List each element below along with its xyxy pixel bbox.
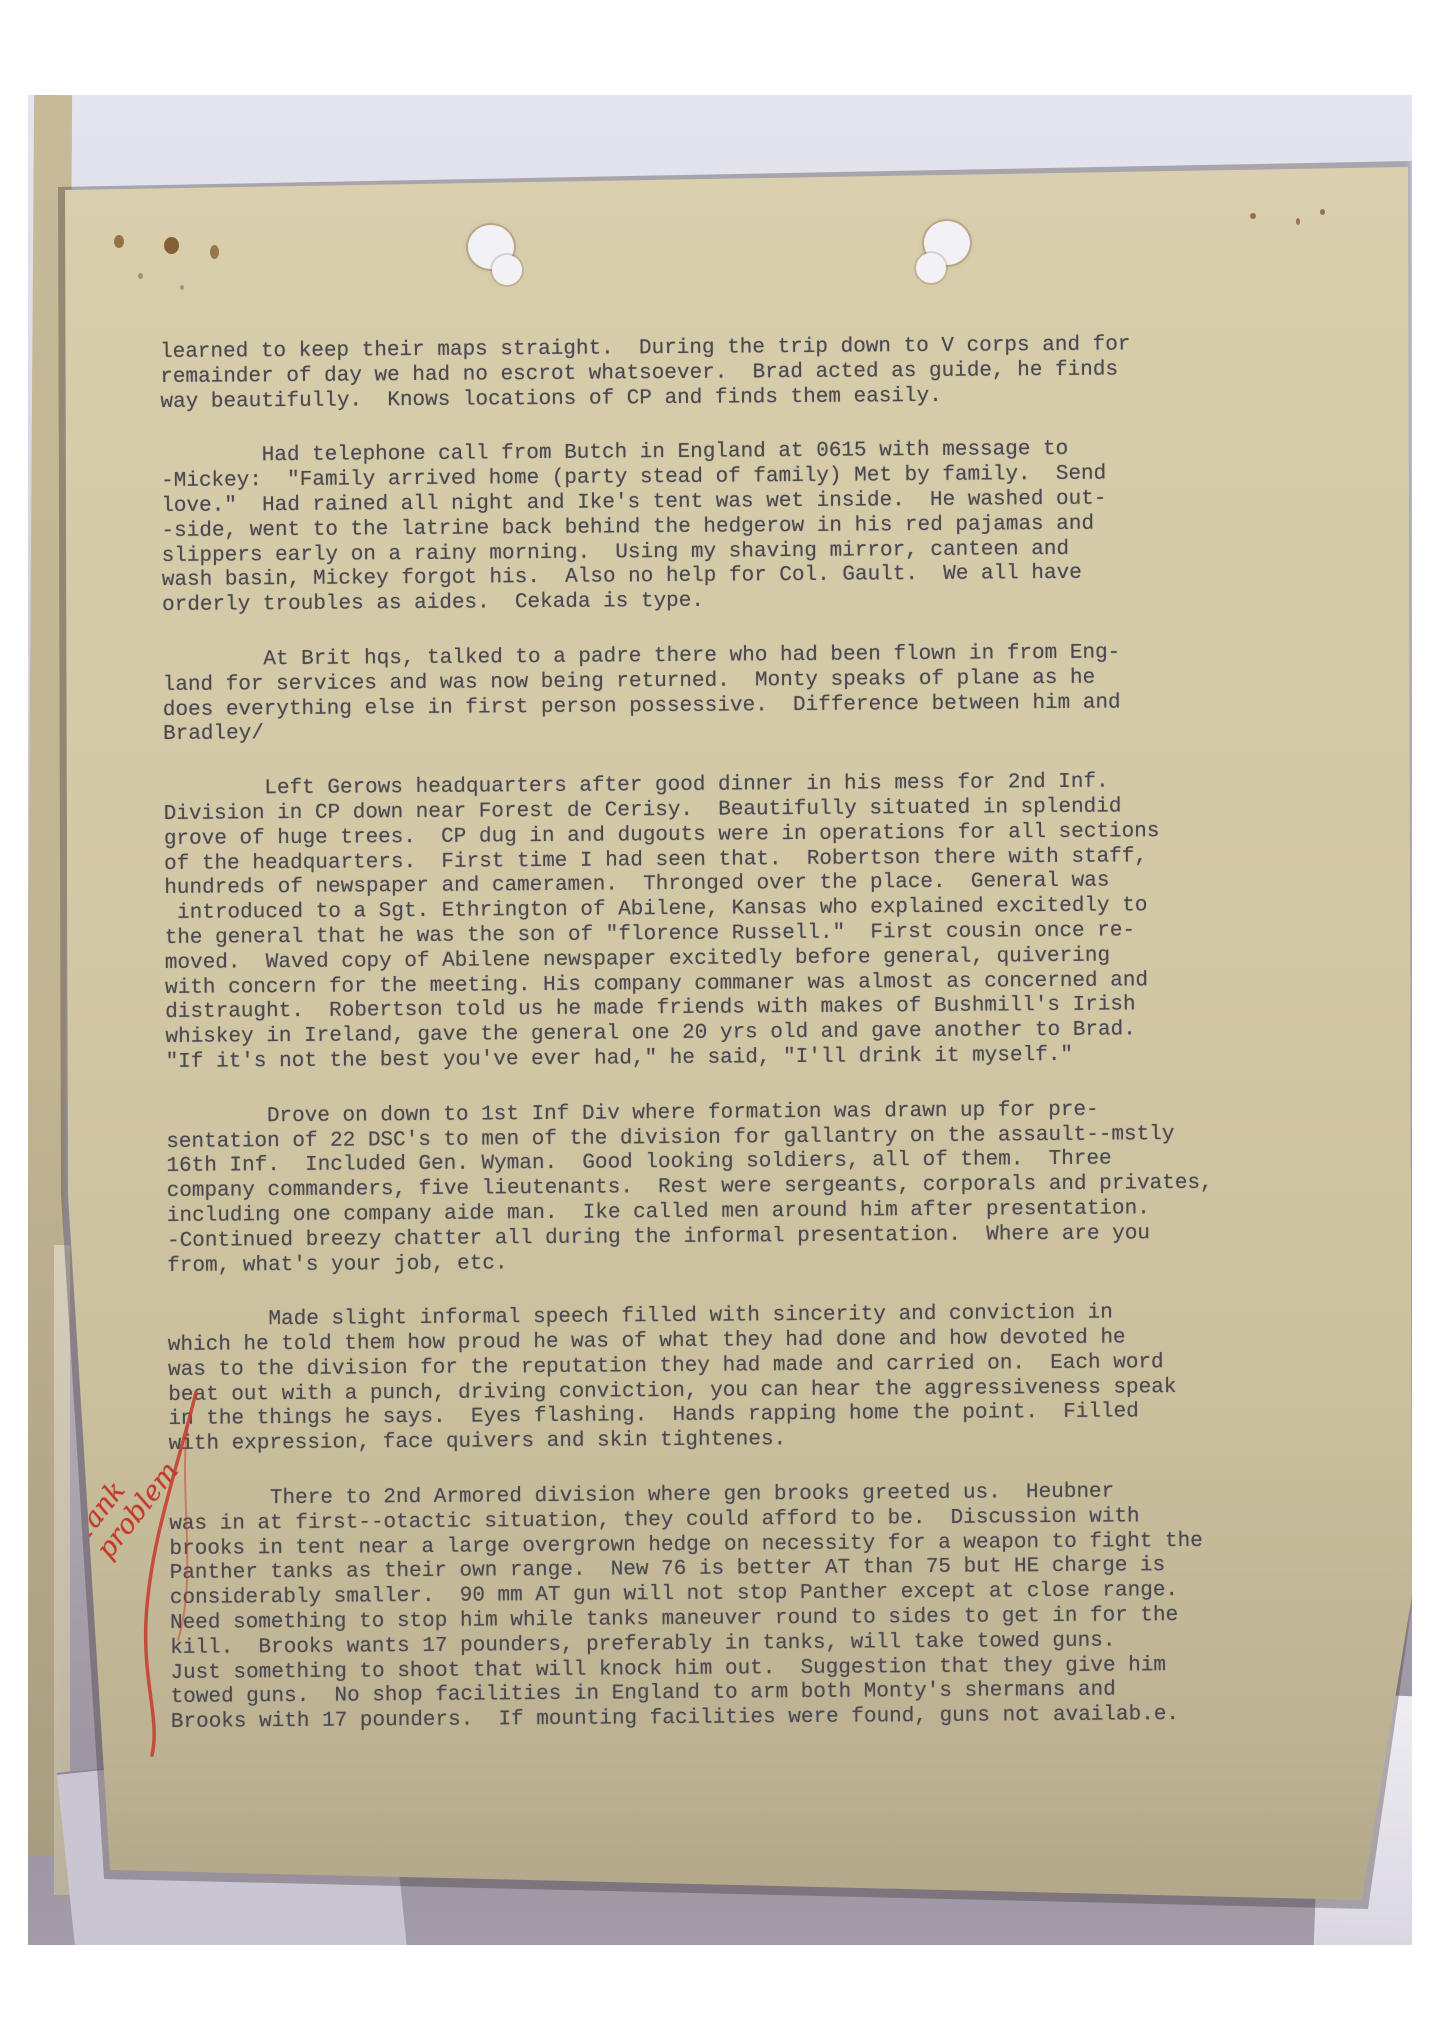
paragraph-5: Drove on down to 1st Inf Div where forma… — [166, 1097, 1287, 1279]
document-page: learned to keep their maps straight. Dur… — [28, 95, 1412, 1945]
speck-mark — [1296, 218, 1300, 225]
stain-mark — [180, 285, 184, 290]
stain-mark — [164, 237, 179, 254]
paragraph-6: Made slight informal speech filled with … — [168, 1300, 1289, 1458]
typewritten-text: learned to keep their maps straight. Dur… — [160, 332, 1291, 1766]
speck-mark — [1320, 209, 1325, 215]
paragraph-7: There to 2nd Armored division where gen … — [169, 1479, 1291, 1736]
scanned-photo: learned to keep their maps straight. Dur… — [28, 95, 1412, 1945]
speck-mark — [1250, 213, 1256, 219]
paragraph-1: learned to keep their maps straight. Dur… — [160, 332, 1281, 415]
paragraph-3: At Brit hqs, talked to a padre there who… — [162, 640, 1283, 748]
stain-mark — [114, 235, 124, 248]
paragraph-2: Had telephone call from Butch in England… — [161, 437, 1282, 619]
paragraph-4: Left Gerows headquarters after good dinn… — [163, 769, 1285, 1075]
stain-mark — [138, 273, 143, 279]
stain-mark — [210, 245, 219, 259]
